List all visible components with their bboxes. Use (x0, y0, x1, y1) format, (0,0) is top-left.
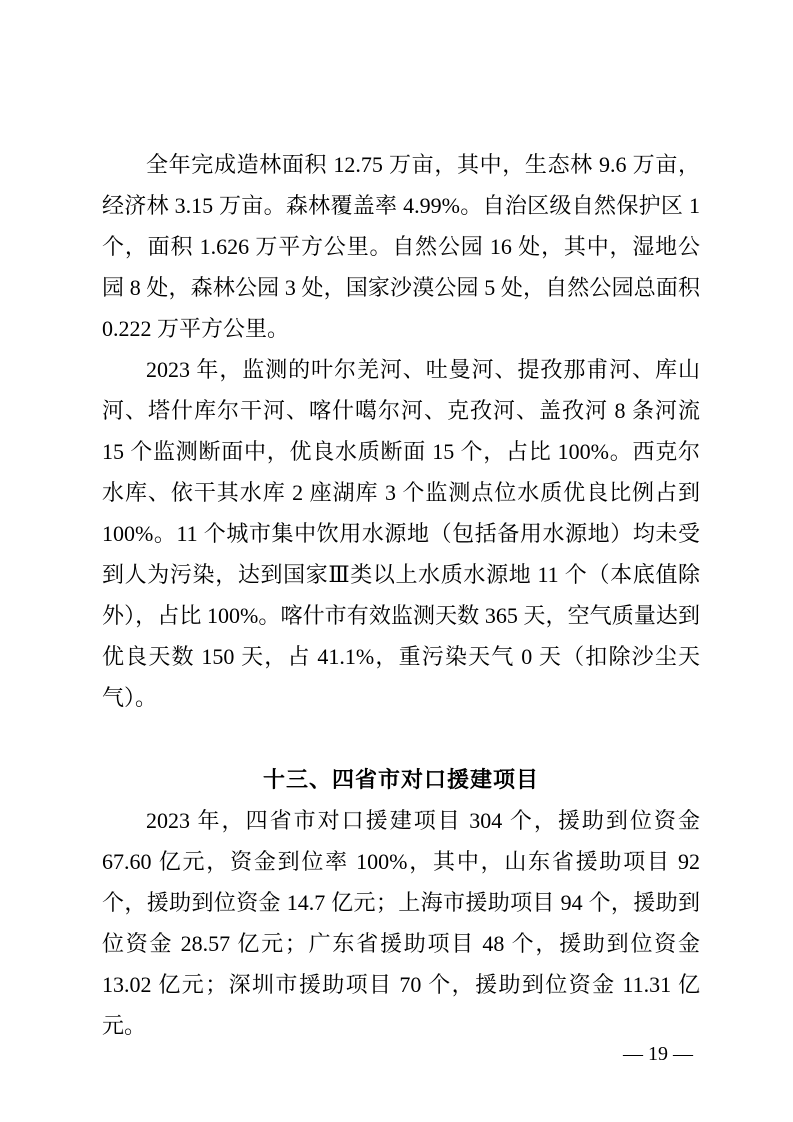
paragraph-forestry-stats: 全年完成造林面积 12.75 万亩，其中，生态林 9.6 万亩，经济林 3.15… (102, 144, 700, 349)
section-heading-aid-projects: 十三、四省市对口援建项目 (102, 759, 700, 800)
paragraph-aid-projects: 2023 年，四省市对口援建项目 304 个，援助到位资金 67.60 亿元，资… (102, 800, 700, 1046)
page-content: 全年完成造林面积 12.75 万亩，其中，生态林 9.6 万亩，经济林 3.15… (102, 144, 700, 1046)
page-number: — 19 — (623, 1043, 693, 1065)
document-page: 全年完成造林面积 12.75 万亩，其中，生态林 9.6 万亩，经济林 3.15… (0, 0, 793, 1122)
page-footer: — 19 — (623, 1040, 693, 1068)
paragraph-water-air-quality: 2023 年，监测的叶尔羌河、吐曼河、提孜那甫河、库山河、塔什库尔干河、喀什噶尔… (102, 349, 700, 718)
